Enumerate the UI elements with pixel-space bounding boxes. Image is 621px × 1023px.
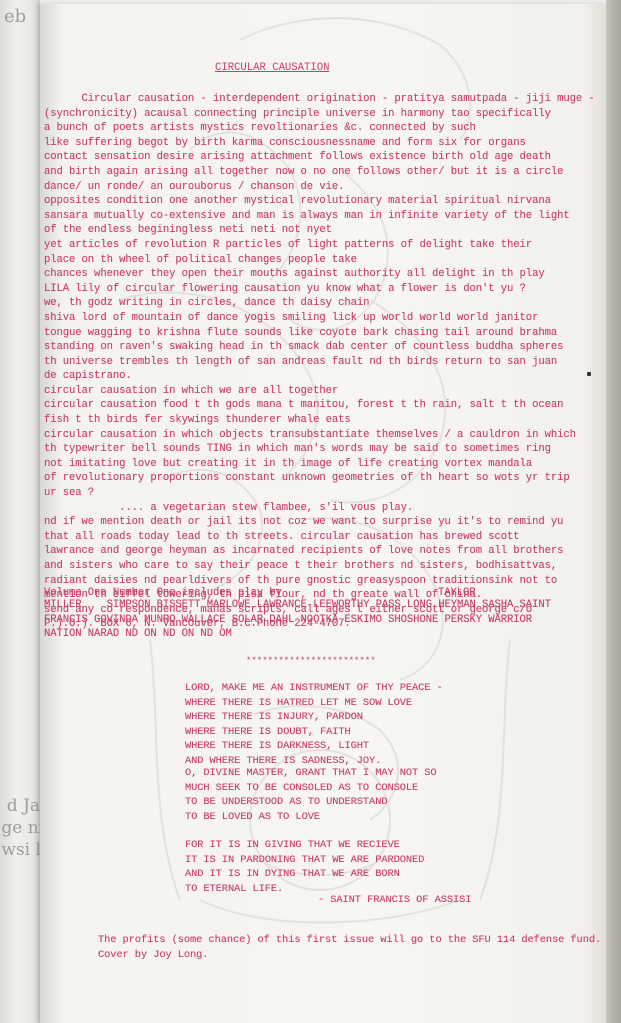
scanned-page: eb d Ja ge ni wsi l CIRCULAR CAUSATION C… — [0, 0, 621, 1023]
margin-note-top: eb — [4, 6, 26, 28]
separator-stars: ************************ — [246, 656, 376, 666]
contributors-list: MILLER SIMPSON BISSETT MARLOWE LAWRANCE … — [44, 598, 551, 642]
prayer-attribution: - SAINT FRANCIS OF ASSISI — [318, 893, 471, 908]
ink-smudge — [587, 372, 591, 376]
previous-page-edge: eb d Ja ge ni wsi l — [0, 0, 40, 1023]
document-title: CIRCULAR CAUSATION — [215, 62, 329, 74]
prayer-stanza-3: FOR IT IS IN GIVING THAT WE RECIEVE IT I… — [185, 838, 424, 896]
binding-spine — [606, 0, 621, 1023]
body-text: Circular causation - interdependent orig… — [44, 92, 595, 632]
prayer-stanza-2: O, DIVINE MASTER, GRANT THAT I MAY NOT S… — [185, 766, 437, 824]
prayer-stanza-1: LORD, MAKE ME AN INSTRUMENT OF THY PEACE… — [185, 681, 443, 768]
margin-note-bottom: d Ja ge ni wsi l — [0, 795, 44, 861]
footer-note: The profits (some chance) of this first … — [98, 933, 601, 963]
